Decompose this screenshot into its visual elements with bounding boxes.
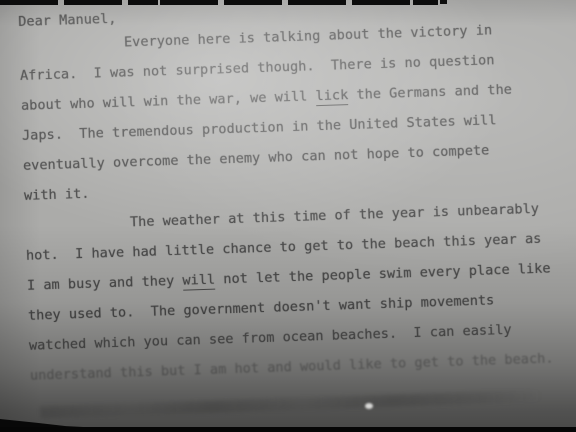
film-artifact-top-dashes (0, 0, 438, 5)
letter-body: Dear Manuel,Everyone here is talking abo… (18, 0, 576, 398)
underlined-word: lick (315, 87, 348, 106)
underlined-word: will (182, 272, 215, 291)
white-speck (365, 403, 373, 409)
film-frame-bottom-edge (0, 427, 576, 432)
filmed-letter-frame: Dear Manuel,Everyone here is talking abo… (0, 0, 576, 432)
film-artifact-dot (440, 0, 447, 4)
